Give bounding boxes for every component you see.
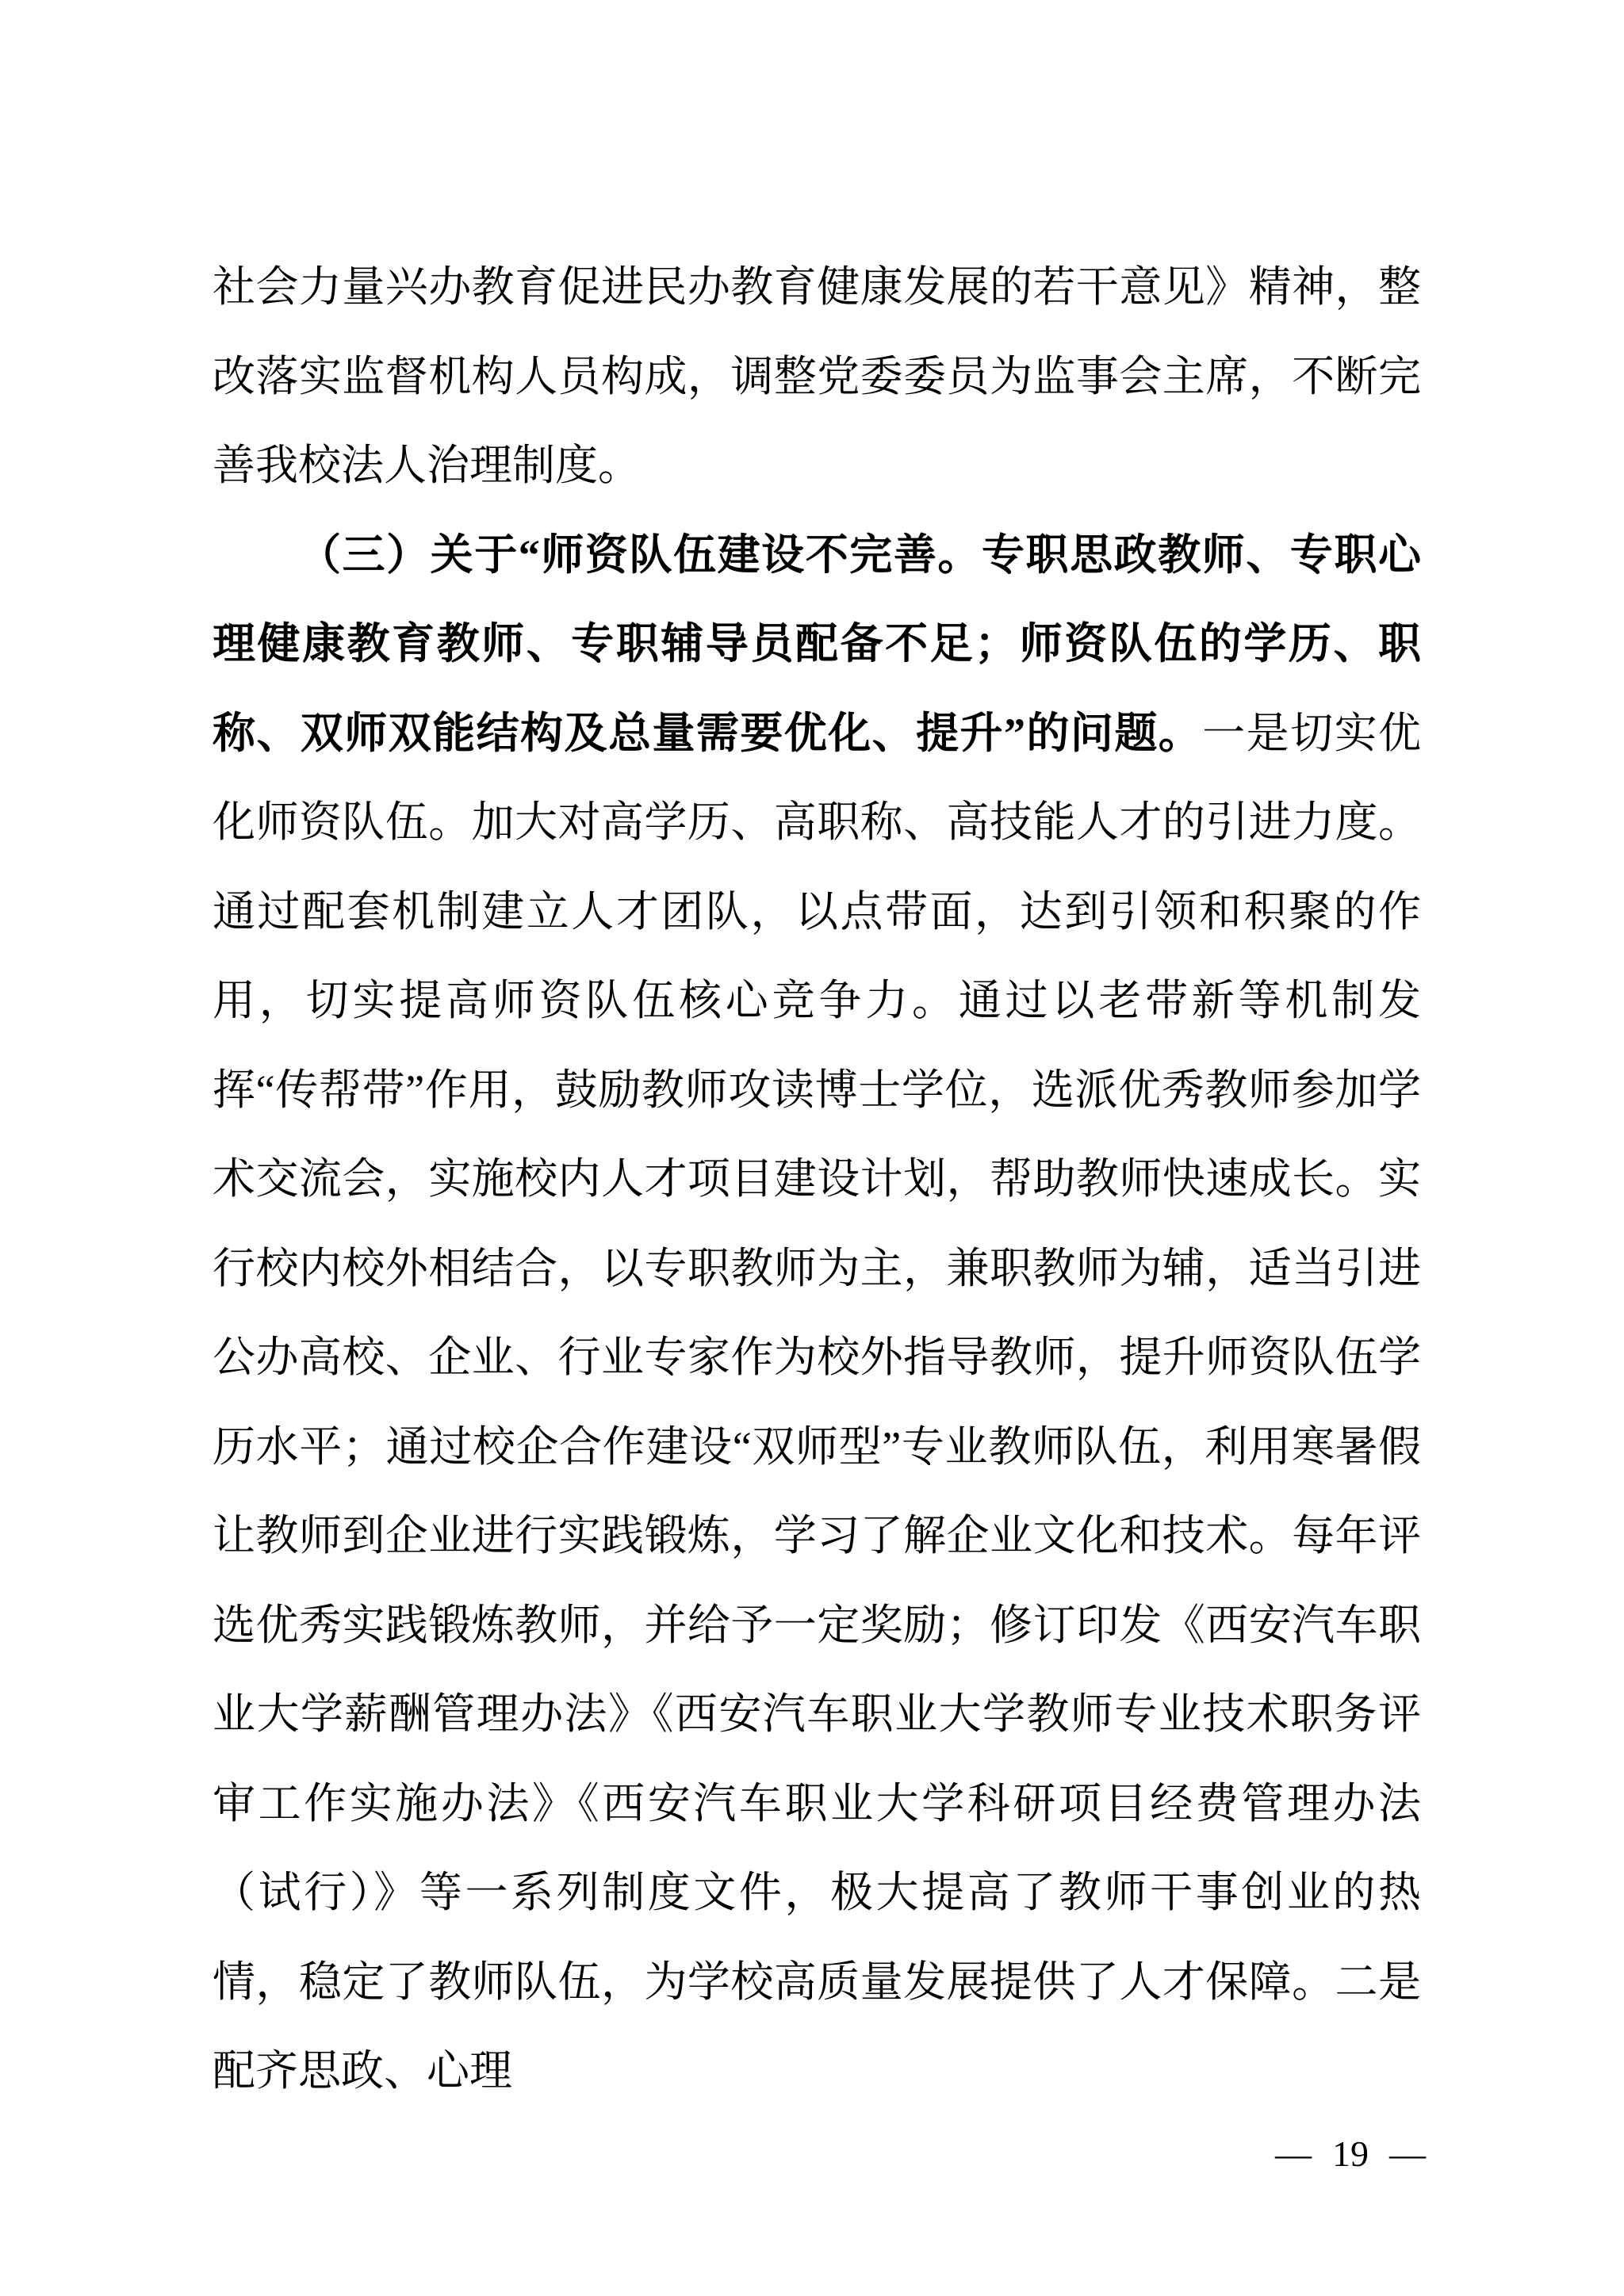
paragraph-continuation-text: 社会力量兴办教育促进民办教育健康发展的若干意见》精神，整改落实监督机构人员构成，… — [213, 263, 1421, 489]
document-body: 社会力量兴办教育促进民办教育健康发展的若干意见》精神，整改落实监督机构人员构成，… — [213, 243, 1421, 2116]
footer-left-dash: — — [1275, 2134, 1312, 2174]
page-footer: —19— — [1275, 2134, 1426, 2174]
section-three-body-text: 一是切实优化师资队伍。加大对高学历、高职称、高技能人才的引进力度。通过配套机制建… — [213, 710, 1421, 2095]
footer-right-dash: — — [1389, 2134, 1426, 2174]
paragraph-section-three: （三）关于“师资队伍建设不完善。专职思政教师、专职心理健康教育教师、专职辅导员配… — [213, 511, 1421, 2116]
document-page: 社会力量兴办教育促进民办教育健康发展的若干意见》精神，整改落实监督机构人员构成，… — [0, 0, 1624, 2296]
page-number: 19 — [1332, 2134, 1369, 2174]
paragraph-continuation: 社会力量兴办教育促进民办教育健康发展的若干意见》精神，整改落实监督机构人员构成，… — [213, 243, 1421, 511]
